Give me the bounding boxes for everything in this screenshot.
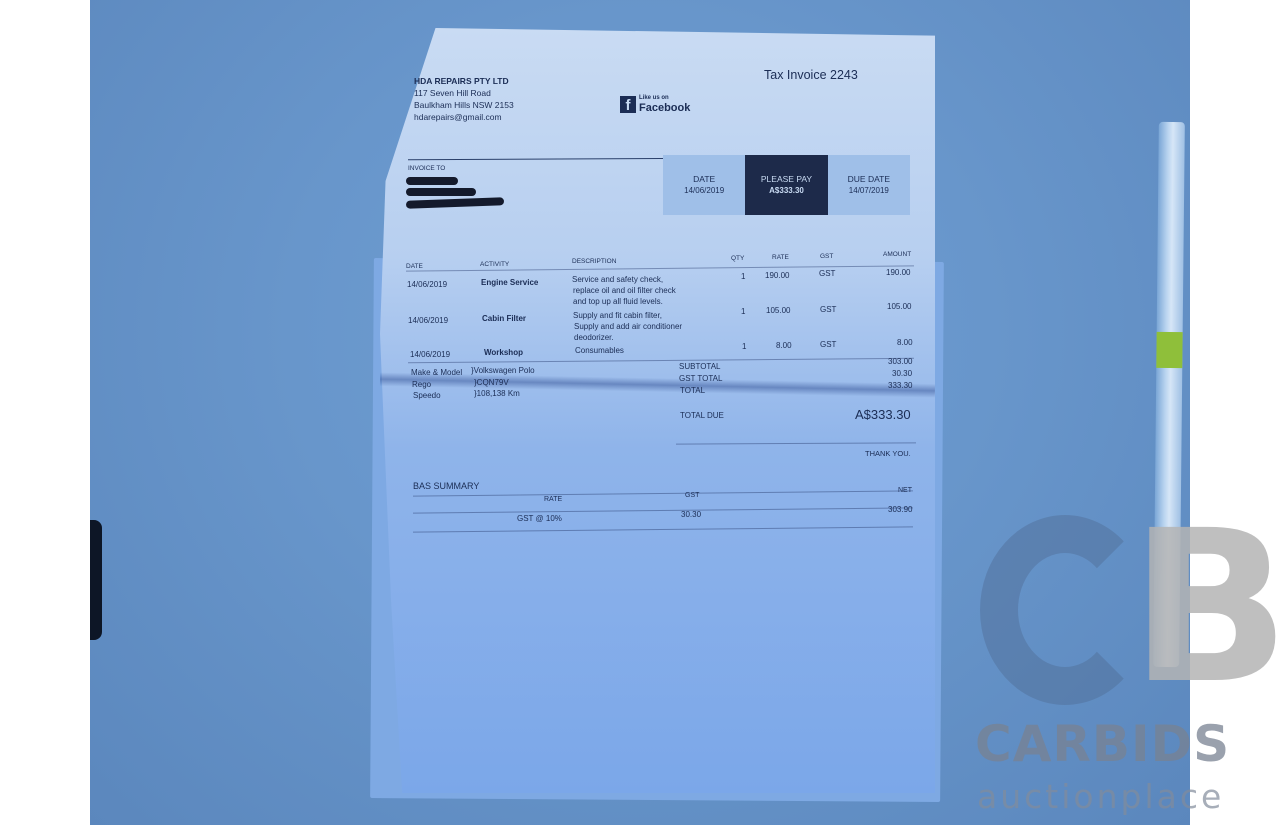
col-description: DESCRIPTION: [572, 258, 616, 265]
date-label: DATE: [693, 174, 715, 185]
gst-total-label: GST TOTAL: [679, 374, 722, 383]
summary-boxes: DATE 14/06/2019 PLEASE PAY A$333.30 DUE …: [663, 155, 910, 215]
speedo-value: }108,138 Km: [474, 389, 520, 399]
photo: [90, 0, 1190, 825]
bas-col-gst: GST: [685, 492, 699, 499]
please-pay-value: A$333.30: [769, 185, 804, 196]
facebook-icon: f: [620, 96, 636, 113]
row-activity: Workshop: [484, 348, 523, 358]
row-qty: 1: [742, 342, 746, 352]
col-amount: AMOUNT: [883, 251, 911, 258]
row-rate: 190.00: [765, 271, 789, 281]
row-rate: 8.00: [776, 341, 792, 351]
col-rate: RATE: [772, 254, 789, 261]
total-due-value: A$333.30: [855, 407, 911, 422]
col-gst: GST: [820, 253, 833, 260]
row-desc-line1: Supply and fit cabin filter,: [573, 311, 662, 321]
bas-rate-value: GST @ 10%: [517, 514, 562, 524]
bas-net-value: 303.90: [888, 505, 912, 515]
green-tape: [1156, 332, 1182, 368]
total-due-label: TOTAL DUE: [680, 411, 724, 420]
gst-total-value: 30.30: [892, 369, 912, 378]
bas-col-rate: RATE: [544, 496, 562, 503]
row-amount: 190.00: [886, 268, 910, 278]
row-activity: Cabin Filter: [482, 314, 526, 324]
invoice-paper: [380, 28, 935, 793]
col-activity: ACTIVITY: [480, 261, 509, 268]
company-address-2: Baulkham Hills NSW 2153: [414, 99, 514, 111]
row-desc-line3: deodorizer.: [574, 333, 614, 343]
subtotal-label: SUBTOTAL: [679, 362, 721, 371]
thank-you-text: THANK YOU.: [865, 449, 911, 458]
col-date: DATE: [406, 263, 423, 270]
bas-col-net: NET: [898, 487, 912, 494]
date-value: 14/06/2019: [684, 185, 724, 196]
rego-label: Rego: [412, 380, 431, 390]
plastic-tube: [1153, 122, 1185, 667]
row-amount: 8.00: [897, 338, 913, 348]
redacted-address: [406, 188, 476, 196]
redacted-name: [406, 177, 458, 185]
row-date: 14/06/2019: [408, 316, 448, 326]
row-desc-line1: Service and safety check,: [572, 275, 663, 285]
bas-summary-title: BAS SUMMARY: [413, 481, 479, 491]
speedo-label: Speedo: [413, 391, 441, 401]
due-date-value: 14/07/2019: [849, 185, 889, 196]
make-model-value: }Volkswagen Polo: [471, 366, 535, 376]
row-gst: GST: [819, 269, 835, 279]
company-email: hdarepairs@gmail.com: [414, 111, 502, 123]
row-rate: 105.00: [766, 306, 790, 316]
row-gst: GST: [820, 340, 836, 350]
row-date: 14/06/2019: [410, 350, 450, 360]
total-value: 333.30: [888, 381, 912, 390]
col-qty: QTY: [731, 255, 744, 262]
invoice-to-label: INVOICE TO: [408, 165, 445, 172]
row-qty: 1: [741, 272, 745, 282]
due-date-label: DUE DATE: [848, 174, 890, 185]
row-desc-line3: and top up all fluid levels.: [573, 297, 663, 307]
row-activity: Engine Service: [481, 278, 538, 288]
bas-gst-value: 30.30: [681, 510, 701, 520]
date-box: DATE 14/06/2019: [663, 155, 745, 215]
company-address-1: 117 Seven Hill Road: [414, 87, 491, 99]
facebook-badge: f Like us on Facebook: [620, 95, 690, 114]
due-date-box: DUE DATE 14/07/2019: [828, 155, 910, 215]
please-pay-label: PLEASE PAY: [761, 174, 812, 185]
row-amount: 105.00: [887, 302, 911, 312]
company-name: HDA REPAIRS PTY LTD: [414, 75, 509, 87]
row-desc-line2: Supply and add air conditioner: [574, 322, 682, 332]
row-desc-line2: replace oil and oil filter check: [573, 286, 676, 296]
row-desc-line1: Consumables: [575, 346, 624, 356]
total-label: TOTAL: [680, 386, 705, 395]
subtotal-value: 303.00: [888, 357, 912, 366]
row-date: 14/06/2019: [407, 280, 447, 290]
row-qty: 1: [741, 307, 745, 317]
row-gst: GST: [820, 305, 836, 315]
facebook-name: Facebook: [639, 102, 690, 114]
rego-value: }CQN79V: [474, 378, 509, 388]
facebook-like-text: Like us on: [639, 95, 690, 102]
make-model-label: Make & Model: [411, 368, 462, 378]
dark-object-edge: [90, 520, 102, 640]
invoice-title: Tax Invoice 2243: [764, 68, 858, 82]
please-pay-box: PLEASE PAY A$333.30: [745, 155, 827, 215]
